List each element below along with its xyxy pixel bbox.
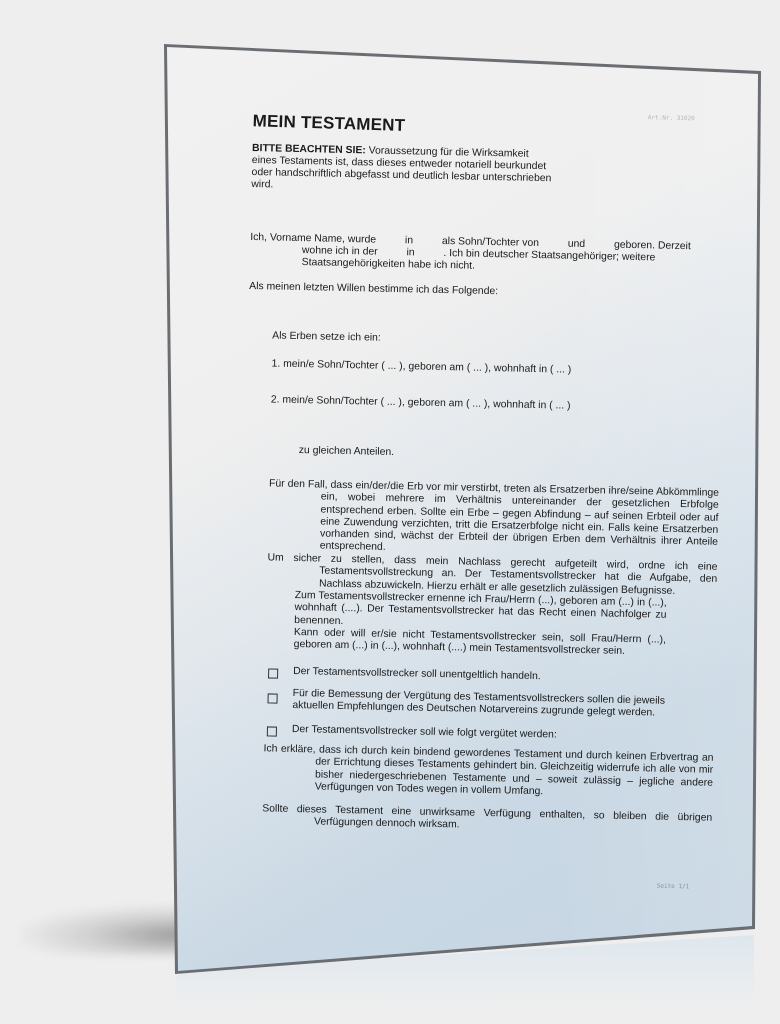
declaration-clause: Ich erkläre, dass ich durch kein bindend… (263, 743, 714, 802)
notice-paragraph: BITTE BEACHTEN SIE: Voraussetzung für di… (251, 143, 552, 197)
equal-shares-text: zu gleichen Anteilen. (299, 445, 395, 459)
option-checkbox-notary-fee[interactable] (267, 693, 277, 703)
option-checkbox-custom-fee[interactable] (267, 726, 277, 736)
article-number: Art.Nr. 31020 (648, 114, 695, 122)
page-number: Seite 1/1 (657, 883, 690, 891)
substitute-heirs-clause: Für den Fall, dass ein/der/die Erb vor m… (268, 478, 719, 561)
heirs-heading: Als Erben setze ich ein: (272, 330, 381, 345)
option-checkbox-unpaid[interactable] (268, 668, 278, 678)
